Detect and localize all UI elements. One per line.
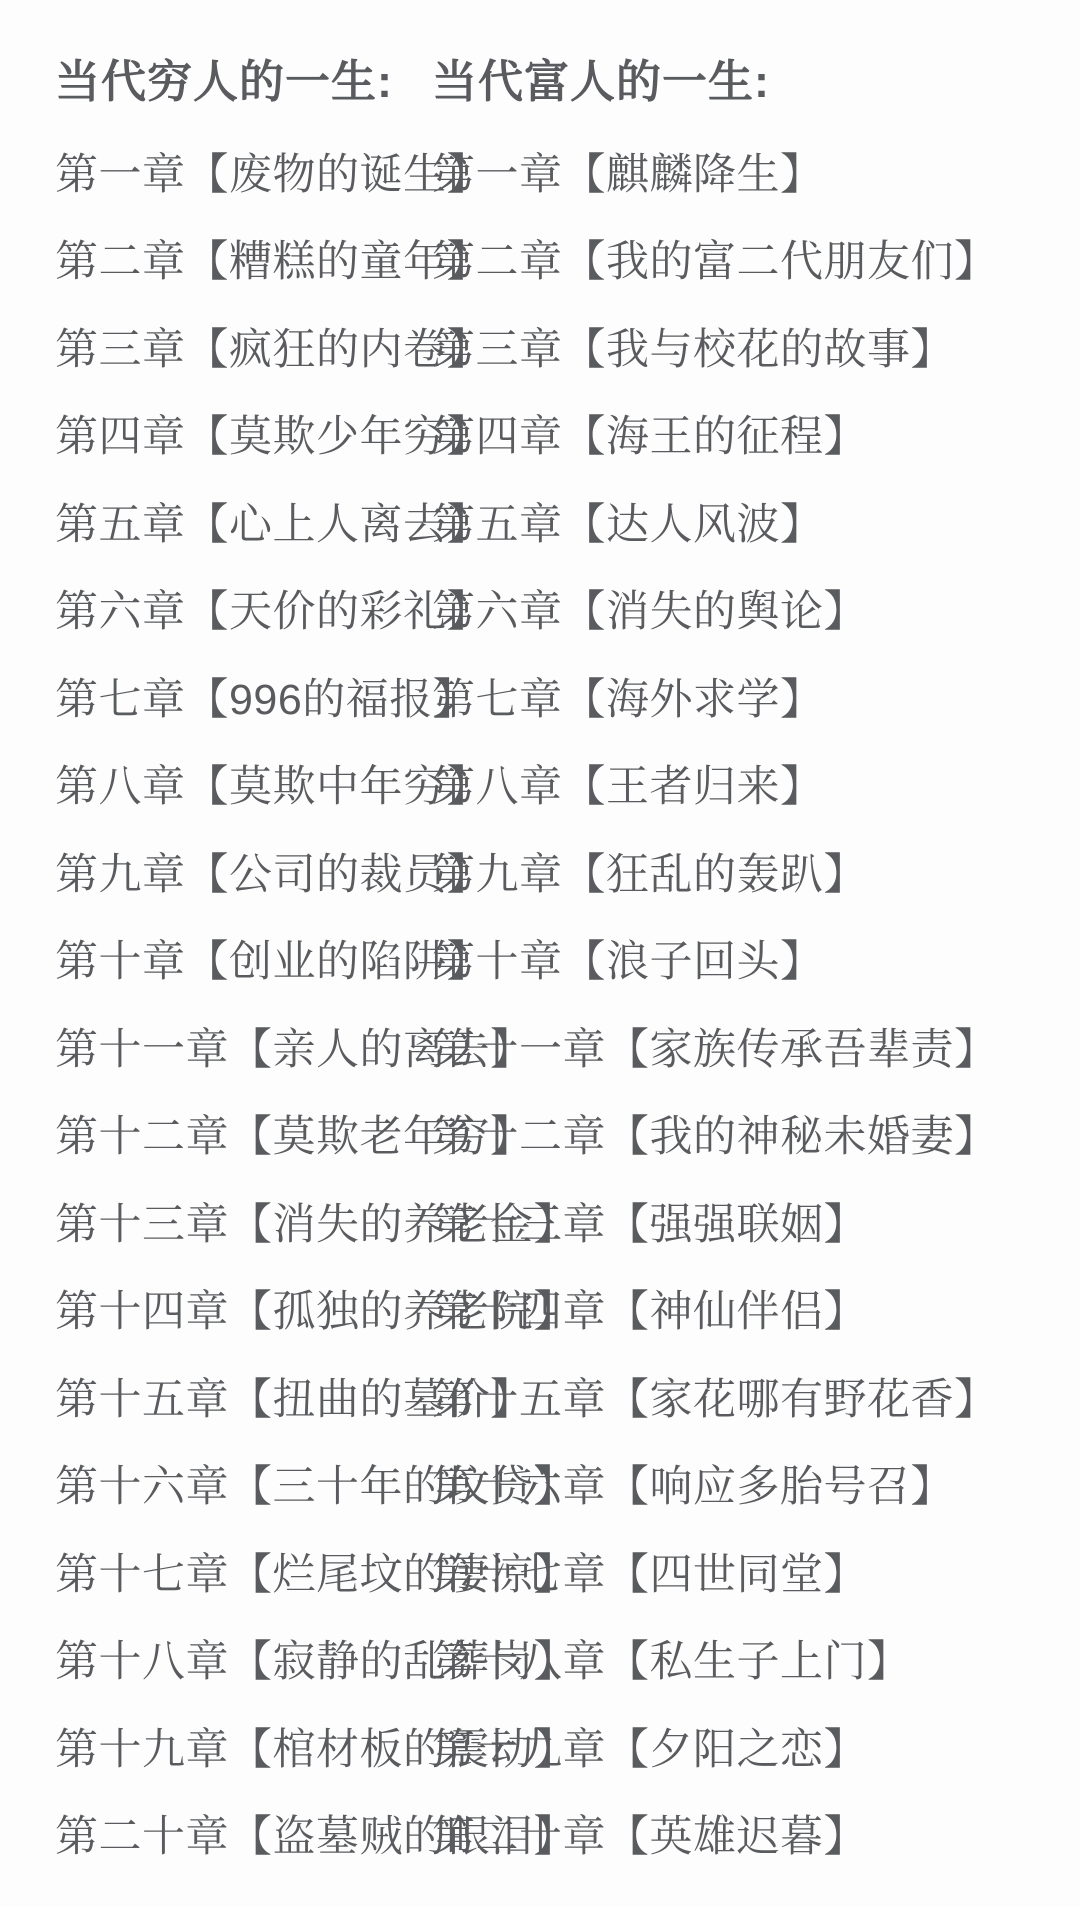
rich-chapter-title: 第二章【我的富二代朋友们】 <box>432 241 998 284</box>
chapter-row: 第十四章【孤独的养老院】 第十四章【神仙伴侣】 <box>55 1269 1080 1357</box>
poor-chapter-title: 第十六章【三十年的坟贷】 <box>55 1466 432 1509</box>
poor-chapter-title: 第十一章【亲人的离去】 <box>55 1029 432 1072</box>
rich-chapter-title: 第十二章【我的神秘未婚妻】 <box>432 1116 998 1159</box>
rich-chapter-title: 第十九章【夕阳之恋】 <box>432 1729 867 1772</box>
rich-chapter-title: 第十五章【家花哪有野花香】 <box>432 1379 998 1422</box>
chapter-row: 第五章【心上人离去】 第五章【达人风波】 <box>55 482 1080 570</box>
rich-chapter-title: 第七章【海外求学】 <box>432 679 824 722</box>
rich-life-header: 当代富人的一生: <box>432 59 770 104</box>
poor-chapter-title: 第十章【创业的陷阱】 <box>55 941 432 984</box>
rich-chapter-title: 第五章【达人风波】 <box>432 504 824 547</box>
poor-chapter-title: 第四章【莫欺少年穷】 <box>55 416 432 459</box>
poor-chapter-title: 第十二章【莫欺老年穷】 <box>55 1116 432 1159</box>
chapter-row: 第二十章【盗墓贼的眼泪】 第二十章【英雄迟暮】 <box>55 1794 1080 1882</box>
poor-chapter-title: 第十九章【棺材板的震动】 <box>55 1729 432 1772</box>
poor-chapter-title: 第八章【莫欺中年穷】 <box>55 766 432 809</box>
poor-chapter-title: 第一章【废物的诞生】 <box>55 154 432 197</box>
rich-chapter-title: 第十四章【神仙伴侣】 <box>432 1291 867 1334</box>
poor-chapter-title: 第五章【心上人离去】 <box>55 504 432 547</box>
chapter-row: 第四章【莫欺少年穷】 第四章【海王的征程】 <box>55 394 1080 482</box>
chapter-row: 第十一章【亲人的离去】 第十一章【家族传承吾辈责】 <box>55 1007 1080 1095</box>
poor-chapter-title: 第十五章【扭曲的墓价】 <box>55 1379 432 1422</box>
poor-chapter-title: 第六章【天价的彩礼】 <box>55 591 432 634</box>
rich-chapter-title: 第九章【狂乱的轰趴】 <box>432 854 867 897</box>
chapter-row: 第十三章【消失的养老金】 第十三章【强强联姻】 <box>55 1182 1080 1270</box>
column-headers: 当代穷人的一生: 当代富人的一生: <box>55 38 1080 126</box>
rich-chapter-title: 第四章【海王的征程】 <box>432 416 867 459</box>
chapter-row: 第十章【创业的陷阱】 第十章【浪子回头】 <box>55 919 1080 1007</box>
poor-chapter-title: 第七章【996的福报】 <box>55 679 432 722</box>
rich-chapter-title: 第三章【我与校花的故事】 <box>432 329 954 372</box>
chapter-row: 第十六章【三十年的坟贷】 第十六章【响应多胎号召】 <box>55 1444 1080 1532</box>
chapter-row: 第九章【公司的裁员】 第九章【狂乱的轰趴】 <box>55 832 1080 920</box>
poor-chapter-title: 第十八章【寂静的乱葬岗】 <box>55 1641 432 1684</box>
rich-chapter-title: 第十一章【家族传承吾辈责】 <box>432 1029 998 1072</box>
poor-chapter-title: 第二章【糟糕的童年】 <box>55 241 432 284</box>
chapter-row: 第十五章【扭曲的墓价】 第十五章【家花哪有野花香】 <box>55 1357 1080 1445</box>
chapter-row: 第七章【996的福报】 第七章【海外求学】 <box>55 657 1080 745</box>
rich-chapter-title: 第十章【浪子回头】 <box>432 941 824 984</box>
poor-chapter-title: 第十三章【消失的养老金】 <box>55 1204 432 1247</box>
poor-chapter-title: 第十四章【孤独的养老院】 <box>55 1291 432 1334</box>
rich-chapter-title: 第二十章【英雄迟暮】 <box>432 1816 867 1859</box>
poor-chapter-title: 第九章【公司的裁员】 <box>55 854 432 897</box>
rich-chapter-title: 第十七章【四世同堂】 <box>432 1554 867 1597</box>
chapter-rows: 第一章【废物的诞生】 第一章【麒麟降生】 第二章【糟糕的童年】 第二章【我的富二… <box>55 132 1080 1882</box>
chapter-list-page: 当代穷人的一生: 当代富人的一生: 第一章【废物的诞生】 第一章【麒麟降生】 第… <box>0 0 1080 1907</box>
rich-chapter-title: 第六章【消失的舆论】 <box>432 591 867 634</box>
poor-chapter-title: 第十七章【烂尾坟的凄凉】 <box>55 1554 432 1597</box>
chapter-row: 第三章【疯狂的内卷】 第三章【我与校花的故事】 <box>55 307 1080 395</box>
poor-life-header: 当代穷人的一生: <box>55 59 432 104</box>
chapter-row: 第十八章【寂静的乱葬岗】 第十八章【私生子上门】 <box>55 1619 1080 1707</box>
rich-chapter-title: 第一章【麒麟降生】 <box>432 154 824 197</box>
poor-chapter-title: 第二十章【盗墓贼的眼泪】 <box>55 1816 432 1859</box>
chapter-row: 第六章【天价的彩礼】 第六章【消失的舆论】 <box>55 569 1080 657</box>
rich-chapter-title: 第八章【王者归来】 <box>432 766 824 809</box>
rich-chapter-title: 第十三章【强强联姻】 <box>432 1204 867 1247</box>
poor-chapter-title: 第三章【疯狂的内卷】 <box>55 329 432 372</box>
chapter-row: 第八章【莫欺中年穷】 第八章【王者归来】 <box>55 744 1080 832</box>
chapter-row: 第十九章【棺材板的震动】 第十九章【夕阳之恋】 <box>55 1707 1080 1795</box>
rich-chapter-title: 第十八章【私生子上门】 <box>432 1641 911 1684</box>
chapter-row: 第十二章【莫欺老年穷】 第十二章【我的神秘未婚妻】 <box>55 1094 1080 1182</box>
chapter-row: 第二章【糟糕的童年】 第二章【我的富二代朋友们】 <box>55 219 1080 307</box>
chapter-row: 第一章【废物的诞生】 第一章【麒麟降生】 <box>55 132 1080 220</box>
rich-chapter-title: 第十六章【响应多胎号召】 <box>432 1466 954 1509</box>
chapter-row: 第十七章【烂尾坟的凄凉】 第十七章【四世同堂】 <box>55 1532 1080 1620</box>
